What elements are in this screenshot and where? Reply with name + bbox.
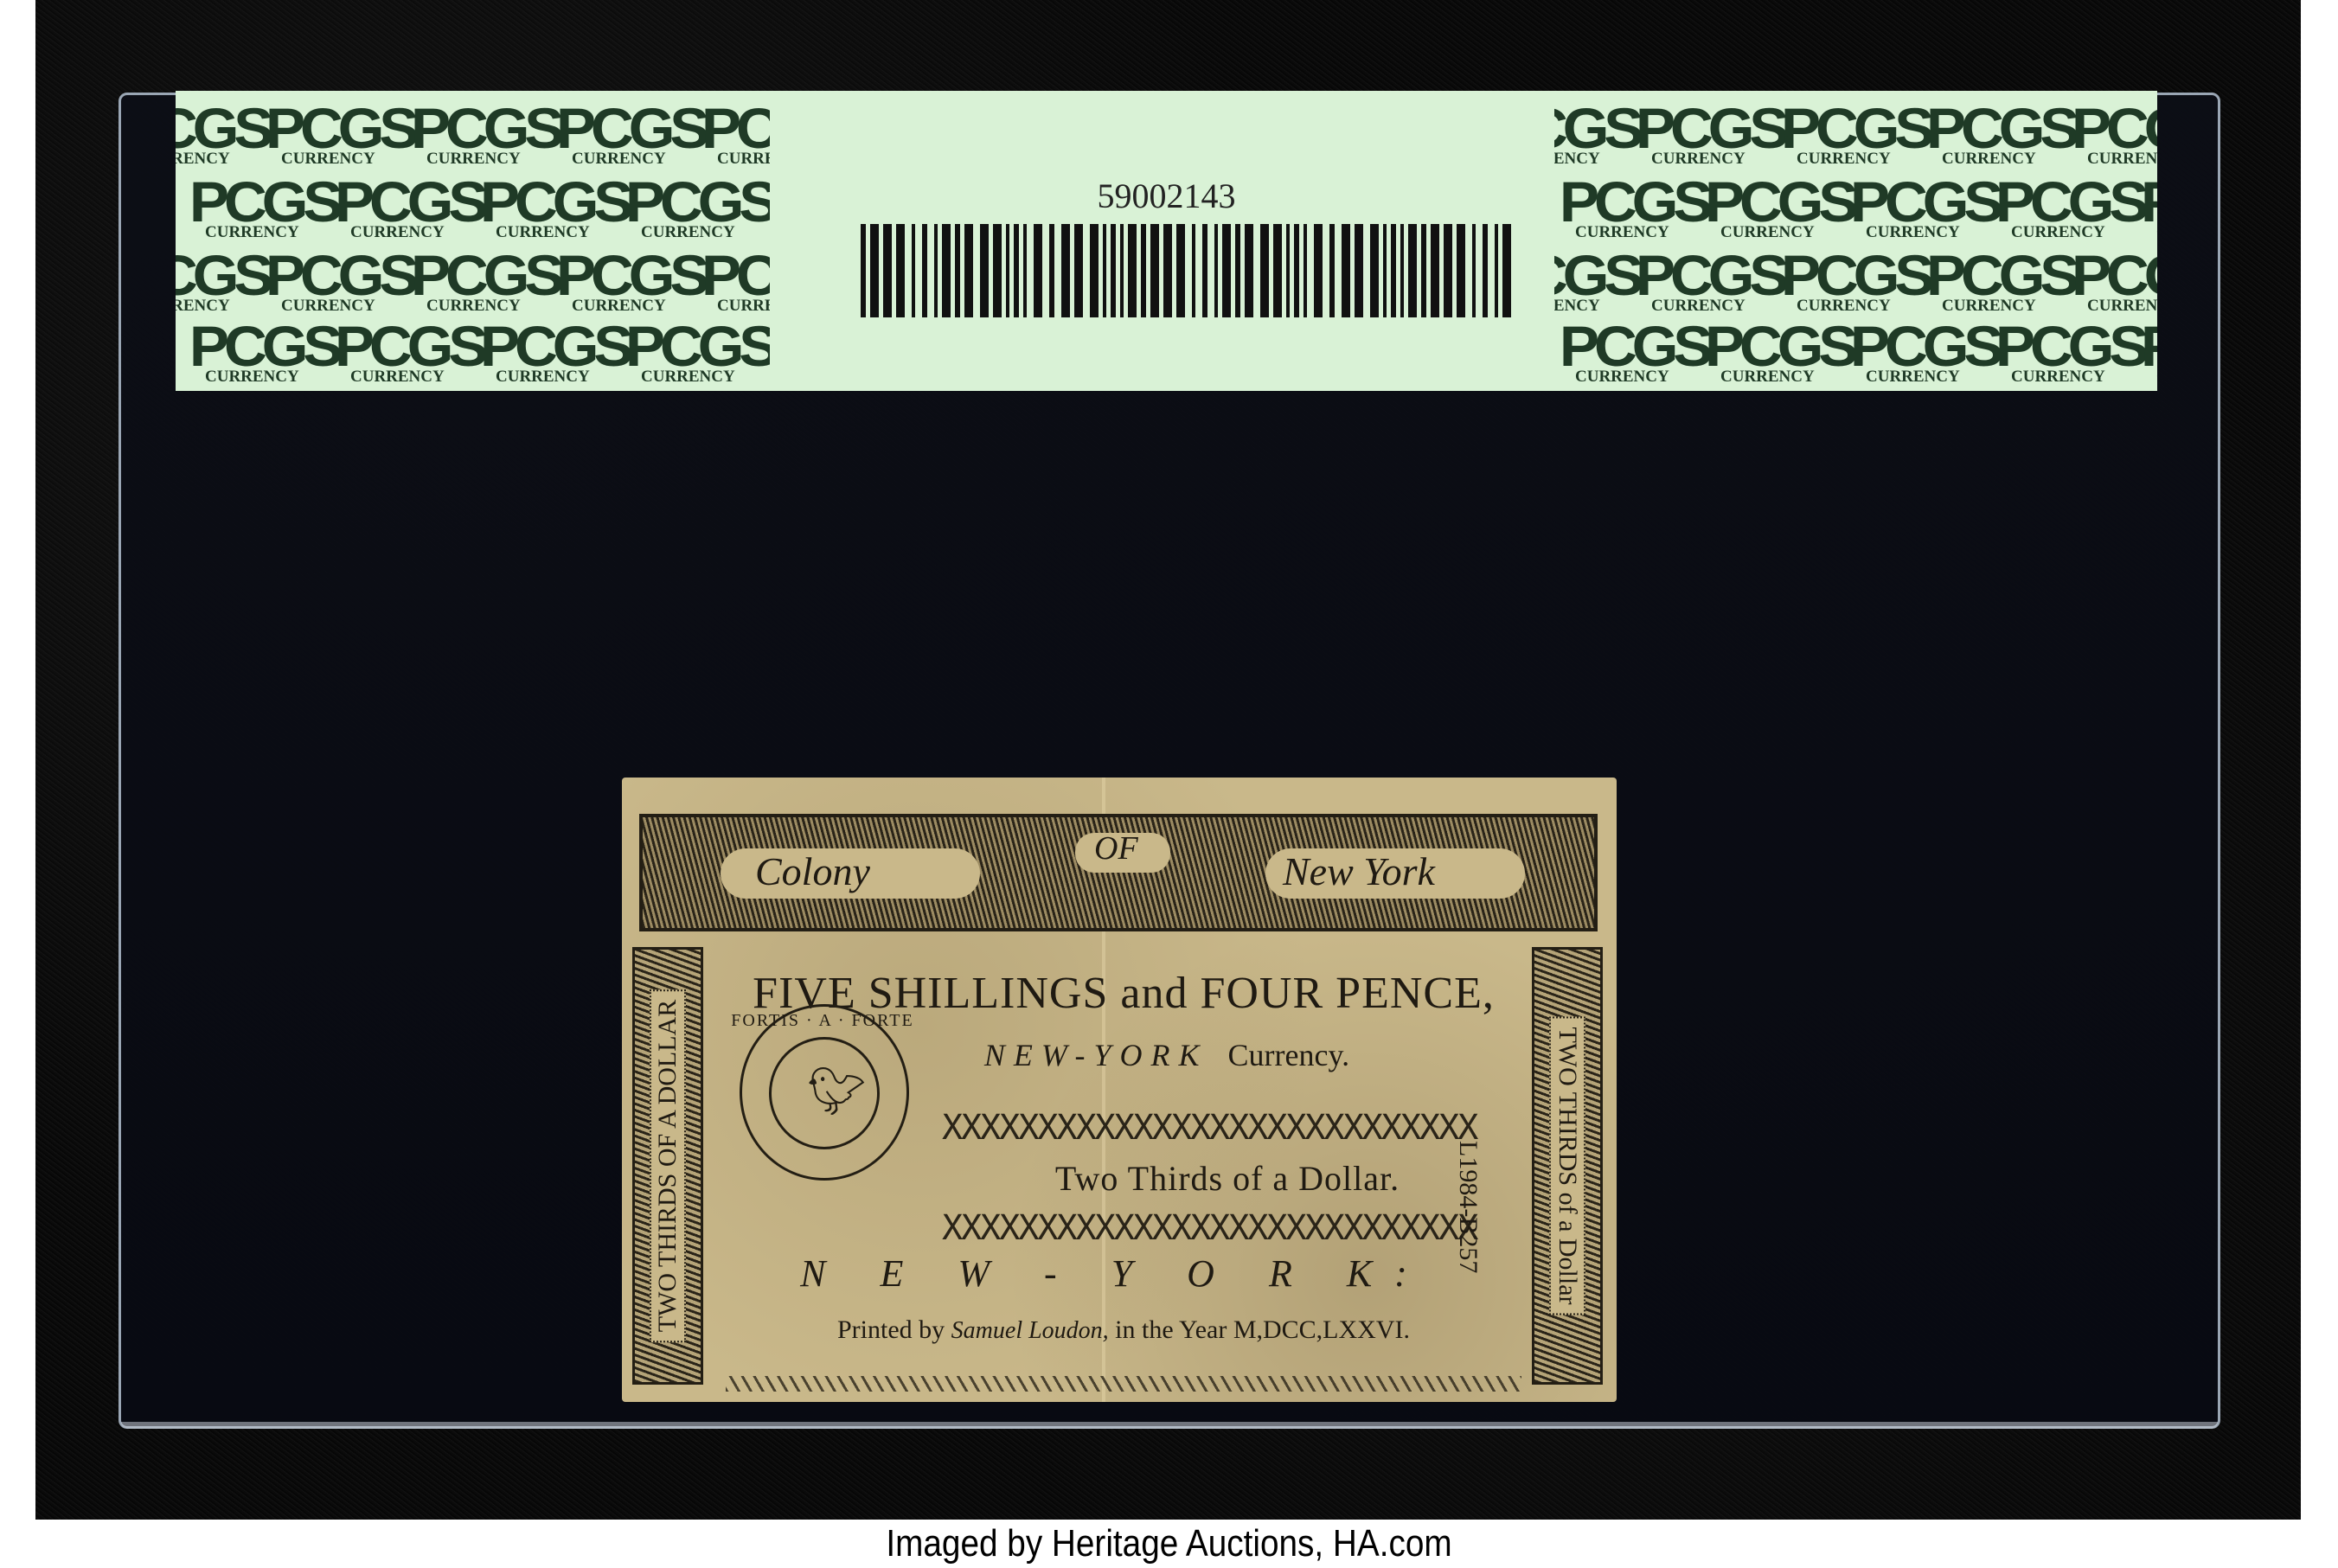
pcgs-currency-logo: PCGSCURRENCY [269,99,399,177]
pcgs-currency-logo: PCGSCURRENCY [1784,99,1914,177]
currency-line: NEW-YORK Currency. [821,1037,1513,1073]
pcgs-logo-pattern-left: PCGSCURRENCYPCGSCURRENCYPCGSCURRENCYPCGS… [176,91,770,391]
pcgs-currency-logo: PCGSCURRENCY [1708,317,1838,391]
colonial-banknote: Colony OF New York TWO THIRDS OF A DOLLA… [622,778,1617,1402]
left-border-text: TWO THIRDS OF A DOLLAR [650,989,686,1342]
right-border-ornament: TWO THIRDS of a Dollar [1532,947,1603,1385]
city-imprint: N E W - Y O R K: [726,1251,1504,1296]
pcgs-currency-logo: PCGSCURRENCY [629,317,759,391]
grading-label: PCGSCURRENCYPCGSCURRENCYPCGSCURRENCYPCGS… [176,91,2157,391]
pcgs-currency-logo: PCGSCURRENCY [1930,99,2059,177]
pcgs-currency-logo: PCGSCURRENCY [484,317,613,391]
seal-motto: FORTIS · A · FORTE [731,1011,914,1031]
pcgs-currency-logo: PCGSCURRENCY [1930,246,2059,324]
pcgs-currency-logo: PCGSCURRENCY [1854,317,1983,391]
pcgs-currency-logo: PCGSCURRENCY [2075,246,2157,324]
pcgs-currency-logo: PCGSCURRENCY [269,246,399,324]
lattice-ornament-bottom: XXXXXXXXXXXXXXXXXXXXXXXXXXXX [942,1208,1500,1250]
seal-vignette: FORTIS · A · FORTE 🐦︎ [731,999,914,1184]
value-line: Two Thirds of a Dollar. [951,1158,1504,1199]
printer-prefix: Printed by [837,1315,945,1344]
pcgs-currency-logo: PCGSCURRENCY [1639,246,1769,324]
pcgs-currency-logo: PCGSCURRENCY [1563,317,1693,391]
printer-suffix: in the Year M,DCC,LXXVI. [1115,1315,1410,1344]
pcgs-currency-logo: PCGSCURRENCY [176,99,253,177]
header-script-new-york: New York [1283,848,1435,894]
bottom-ornament [726,1376,1521,1392]
pcgs-currency-logo: PCGSCURRENCY [1554,246,1624,324]
pcgs-currency-logo: PCGSCURRENCY [1999,317,2129,391]
pcgs-currency-logo: PCGSCURRENCY [2144,317,2157,391]
pcgs-currency-logo: PCGSCURRENCY [1784,246,1914,324]
pcgs-logo-pattern-right: PCGSCURRENCYPCGSCURRENCYPCGSCURRENCYPCGS… [1554,91,2157,391]
bird-icon: 🐦︎ [807,1065,867,1119]
pcgs-currency-logo: PCGSCURRENCY [414,99,544,177]
right-border-text: TWO THIRDS of a Dollar [1549,1016,1585,1315]
pcgs-currency-logo: PCGSCURRENCY [560,99,689,177]
currency-word: Currency. [1228,1038,1350,1072]
pcgs-currency-logo: PCGSCURRENCY [414,246,544,324]
lattice-ornament-top: XXXXXXXXXXXXXXXXXXXXXXXXXXXX [942,1108,1500,1149]
pcgs-currency-logo: PCGSCURRENCY [560,246,689,324]
barcode [857,224,1515,317]
pcgs-currency-logo: PCGSCURRENCY [338,317,468,391]
printer-name: Samuel Loudon, [951,1317,1109,1344]
pcgs-currency-logo: PCGSCURRENCY [1554,99,1624,177]
handwritten-serial: L1984-B257 [1453,1141,1483,1273]
pcgs-currency-logo: PCGSCURRENCY [193,317,323,391]
ribbon-left: Colony [721,848,980,899]
pcgs-currency-logo: PCGSCURRENCY [2075,99,2157,177]
certification-number: 59002143 [176,176,2157,216]
pcgs-currency-logo: PCGSCURRENCY [176,246,253,324]
header-ornament-band: Colony OF New York [639,814,1598,931]
pcgs-currency-logo: PCGSCURRENCY [705,99,770,177]
pcgs-currency-logo: PCGSCURRENCY [1639,99,1769,177]
ribbon-center: OF [1075,833,1170,873]
printer-line: Printed by Samuel Loudon, in the Year M,… [726,1315,1521,1345]
header-script-of: OF [1094,829,1138,867]
pcgs-currency-logo: PCGSCURRENCY [705,246,770,324]
header-script-colony: Colony [755,848,870,894]
ribbon-right: New York [1265,848,1525,899]
image-credit: Imaged by Heritage Auctions, HA.com [140,1522,2198,1565]
left-border-ornament: TWO THIRDS OF A DOLLAR [632,947,703,1385]
currency-city: NEW-YORK [984,1038,1208,1072]
